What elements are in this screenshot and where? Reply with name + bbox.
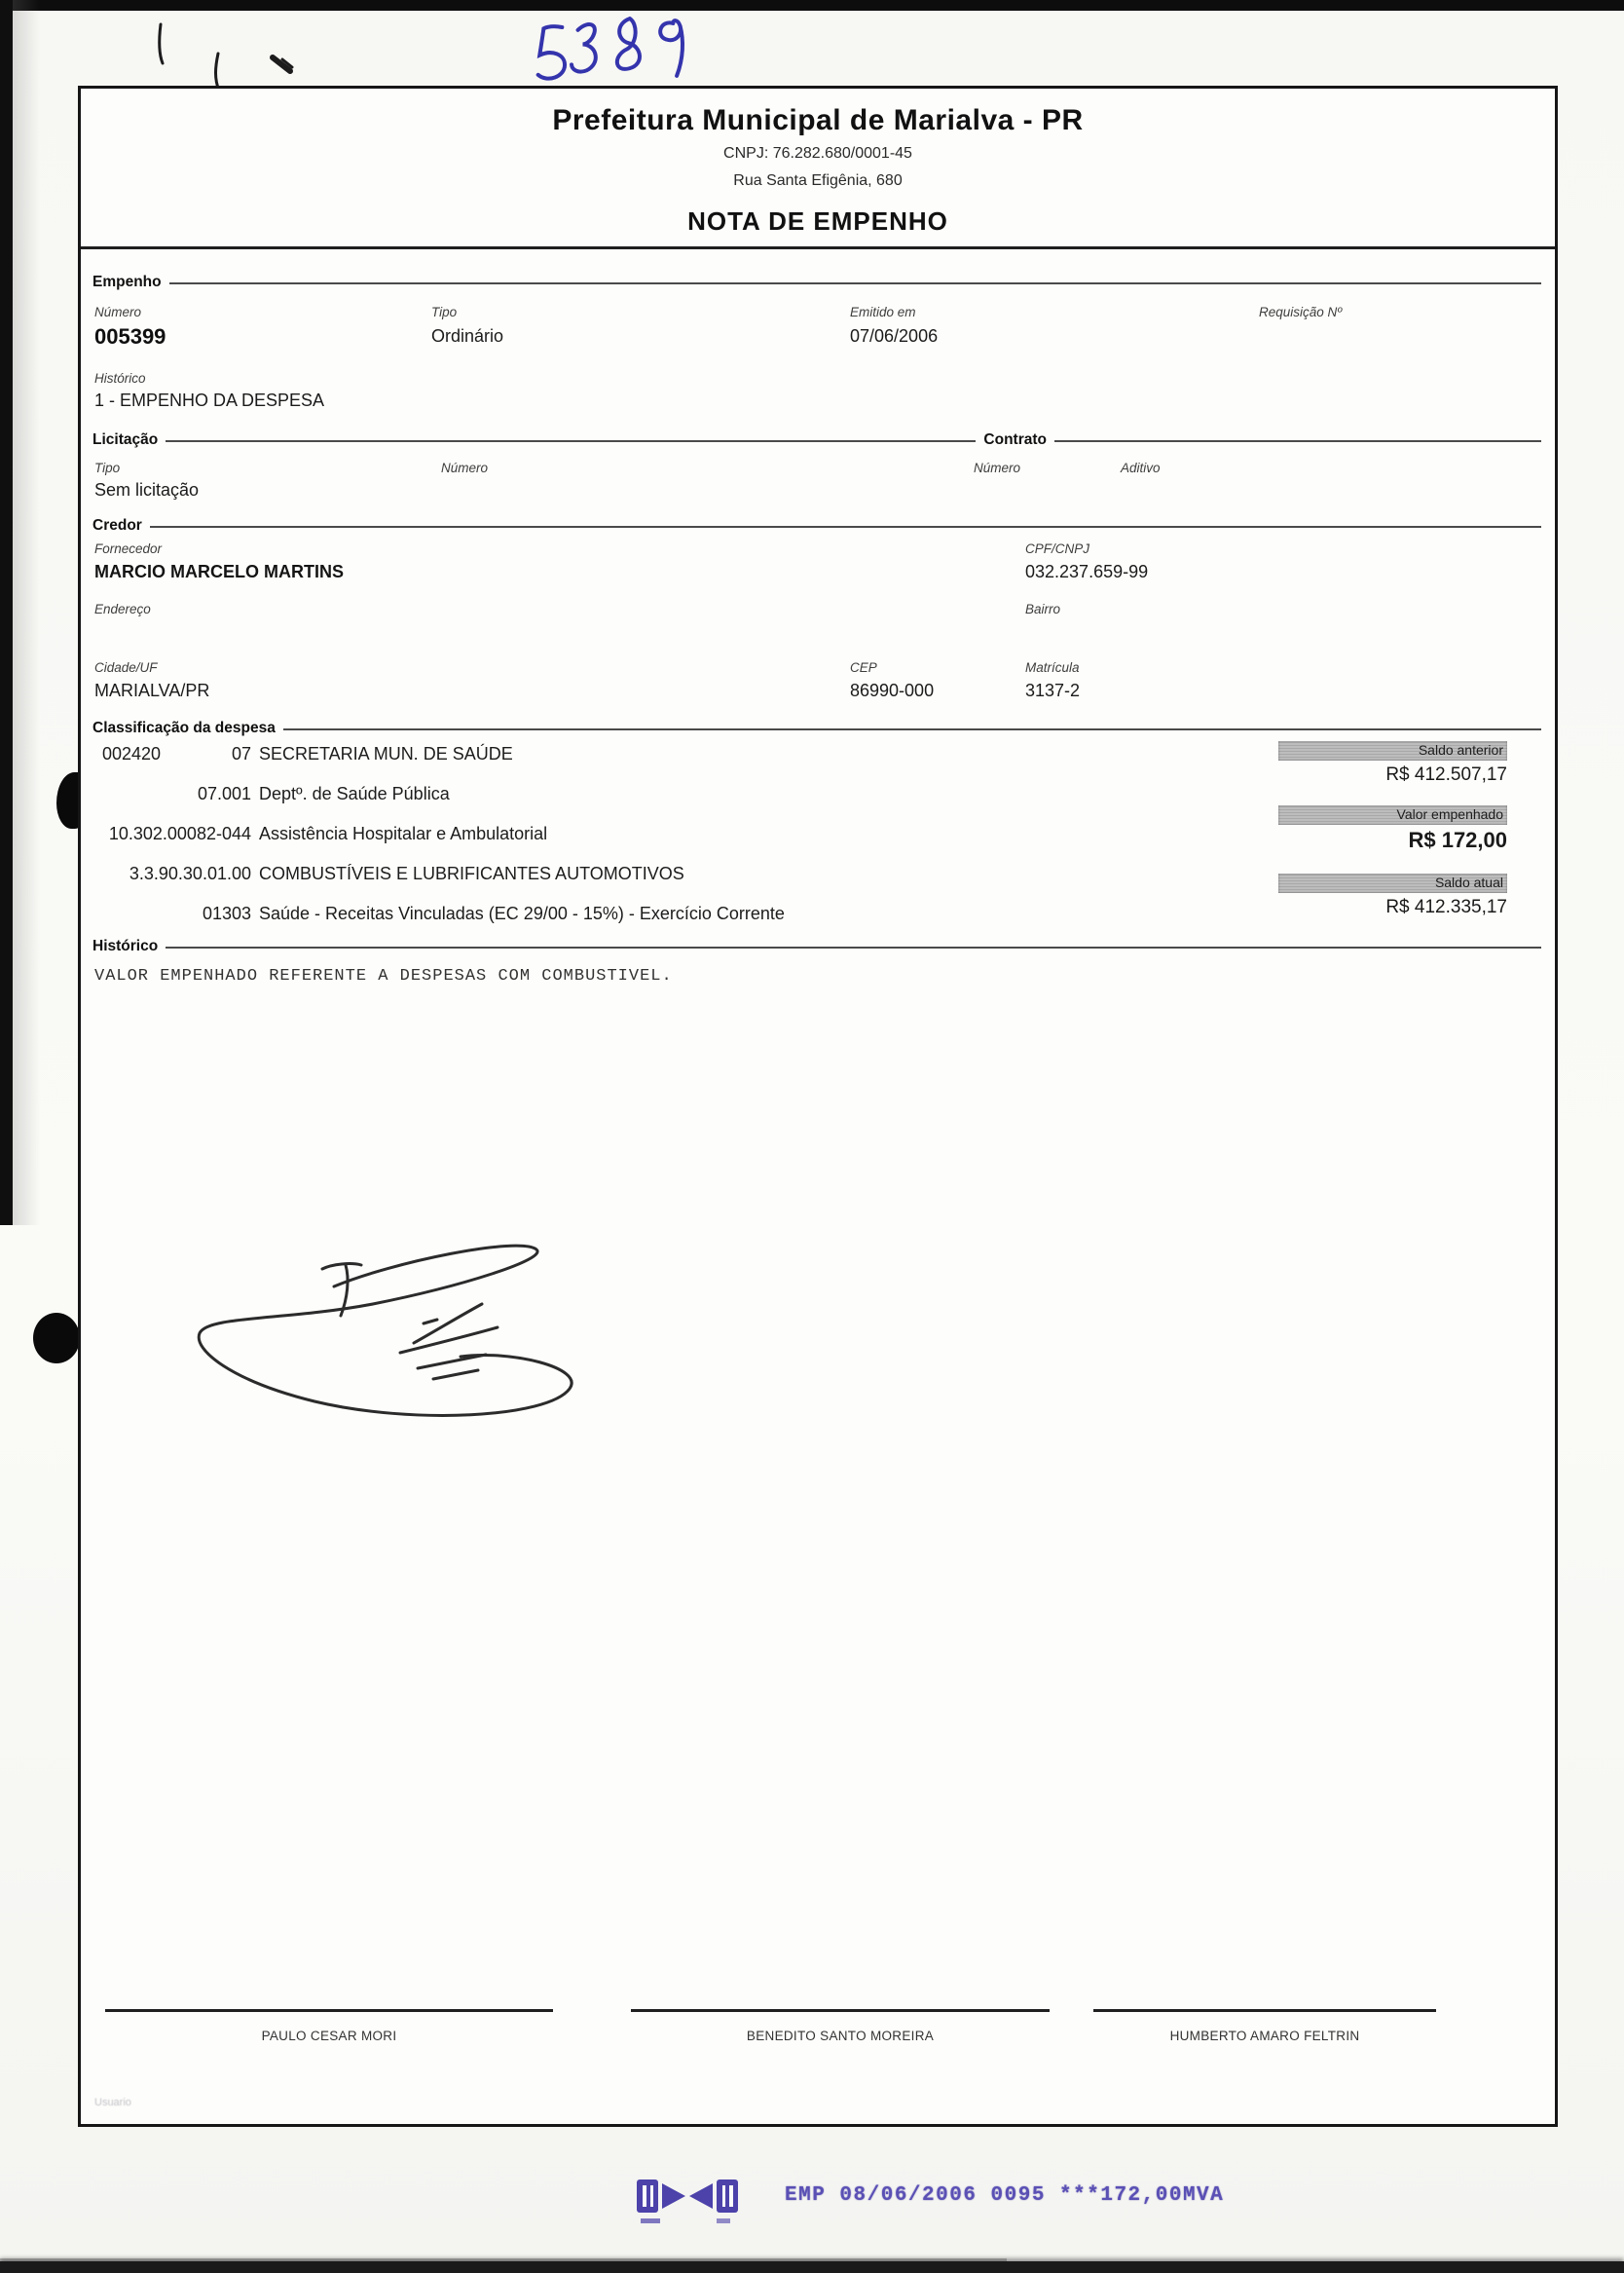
- org-address: Rua Santa Efigênia, 680: [81, 172, 1555, 190]
- licitacao-tipo-value: Sem licitação: [94, 480, 199, 501]
- scan-edge-left: [0, 0, 13, 1225]
- credor-matricula-value: 3137-2: [1025, 681, 1080, 701]
- classification-desc: COMBUSTÍVEIS E LUBRIFICANTES AUTOMOTIVOS: [259, 864, 684, 884]
- classification-desc: Deptº. de Saúde Pública: [259, 784, 450, 804]
- section-rule: [1054, 440, 1541, 442]
- saldo-atual-label: Saldo atual: [1435, 875, 1503, 890]
- section-empenho-header: Empenho: [92, 274, 1541, 291]
- empenho-emitido-value: 07/06/2006: [850, 326, 938, 347]
- classification-desc: Assistência Hospitalar e Ambulatorial: [259, 824, 547, 844]
- section-rule: [283, 728, 1541, 730]
- classification-row: 10.302.00082-044 Assistência Hospitalar …: [81, 824, 1249, 847]
- empenho-historico-label: Histórico: [94, 371, 146, 386]
- classification-row: 01303 Saúde - Receitas Vinculadas (EC 29…: [81, 904, 1249, 927]
- signature-line: [1093, 2009, 1436, 2012]
- classification-code: 3.3.90.30.01.00: [81, 864, 251, 884]
- credor-fornecedor-label: Fornecedor: [94, 541, 162, 556]
- section-contrato-label: Contrato: [983, 431, 1047, 449]
- empenho-emitido-label: Emitido em: [850, 305, 916, 319]
- section-licitacao-label: Licitação: [92, 431, 158, 449]
- scan-edge-bottom: [0, 2261, 1624, 2273]
- signature-name: PAULO CESAR MORI: [105, 2029, 553, 2043]
- org-name: Prefeitura Municipal de Marialva - PR: [81, 104, 1555, 137]
- scanned-document-page: Prefeitura Municipal de Marialva - PR CN…: [0, 0, 1624, 2273]
- credor-cpf-value: 032.237.659-99: [1025, 562, 1148, 582]
- licitacao-tipo-label: Tipo: [94, 461, 120, 475]
- section-rule: [150, 526, 1541, 528]
- classification-row: 3.3.90.30.01.00 COMBUSTÍVEIS E LUBRIFICA…: [81, 864, 1249, 887]
- scan-edge-left-shadow: [13, 0, 40, 1225]
- credor-cep-value: 86990-000: [850, 681, 934, 701]
- ink-blot: [33, 1313, 80, 1363]
- credor-cidade-value: MARIALVA/PR: [94, 681, 209, 701]
- section-rule: [166, 440, 976, 442]
- handwritten-signature: [139, 1179, 597, 1472]
- bank-stamp-logo: [635, 2178, 761, 2228]
- section-empenho-label: Empenho: [92, 274, 162, 291]
- credor-matricula-label: Matrícula: [1025, 660, 1080, 675]
- credor-cep-label: CEP: [850, 660, 877, 675]
- credor-fornecedor-value: MARCIO MARCELO MARTINS: [94, 562, 344, 582]
- credor-cidade-label: Cidade/UF: [94, 660, 158, 675]
- section-credor-label: Credor: [92, 517, 142, 535]
- empenho-tipo-label: Tipo: [431, 305, 457, 319]
- signature-name: BENEDITO SANTO MOREIRA: [631, 2029, 1050, 2043]
- credor-cpf-label: CPF/CNPJ: [1025, 541, 1089, 556]
- contrato-aditivo-label: Aditivo: [1121, 461, 1161, 475]
- saldo-anterior-label: Saldo anterior: [1419, 742, 1503, 758]
- org-cnpj: CNPJ: 76.282.680/0001-45: [81, 145, 1555, 163]
- handwritten-number: [528, 4, 708, 93]
- classification-code: 01303: [81, 904, 251, 924]
- credor-endereco-label: Endereço: [94, 602, 151, 616]
- historico-text: VALOR EMPENHADO REFERENTE A DESPESAS COM…: [94, 967, 673, 986]
- header-divider: [81, 246, 1555, 249]
- classification-row: 002420 07 SECRETARIA MUN. DE SAÚDE: [81, 744, 1249, 767]
- empenho-numero-value: 005399: [94, 324, 166, 350]
- valor-empenhado-value: R$ 172,00: [1278, 828, 1507, 853]
- signature-line: [631, 2009, 1050, 2012]
- empenho-tipo-value: Ordinário: [431, 326, 503, 347]
- empenho-numero-label: Número: [94, 305, 141, 319]
- empenho-requisicao-label: Requisição Nº: [1259, 305, 1342, 319]
- classification-code: 07: [81, 744, 251, 764]
- signature-line: [105, 2009, 553, 2012]
- saldo-anterior-bar: Saldo anterior: [1278, 741, 1507, 761]
- section-licitacao-contrato-header: Licitação Contrato: [92, 431, 1541, 449]
- section-rule: [169, 282, 1541, 284]
- empenho-historico-value: 1 - EMPENHO DA DESPESA: [94, 391, 324, 411]
- saldo-anterior-value: R$ 412.507,17: [1278, 764, 1507, 786]
- classification-desc: SECRETARIA MUN. DE SAÚDE: [259, 744, 513, 764]
- document-frame: Prefeitura Municipal de Marialva - PR CN…: [78, 86, 1558, 2127]
- valor-empenhado-label: Valor empenhado: [1397, 806, 1503, 822]
- classification-row: 07.001 Deptº. de Saúde Pública: [81, 784, 1249, 807]
- section-classificacao-label: Classificação da despesa: [92, 720, 276, 737]
- scan-edge-top: [0, 0, 1624, 11]
- section-historico-label: Histórico: [92, 938, 158, 955]
- section-classificacao-header: Classificação da despesa: [92, 720, 1541, 737]
- licitacao-numero-label: Número: [441, 461, 488, 475]
- doc-title: NOTA DE EMPENHO: [81, 206, 1555, 237]
- classification-desc: Saúde - Receitas Vinculadas (EC 29/00 - …: [259, 904, 785, 924]
- saldo-atual-bar: Saldo atual: [1278, 874, 1507, 893]
- section-historico-header: Histórico: [92, 938, 1541, 955]
- signature-name: HUMBERTO AMARO FELTRIN: [1093, 2029, 1436, 2043]
- classification-code: 07.001: [81, 784, 251, 804]
- section-credor-header: Credor: [92, 517, 1541, 535]
- section-rule: [166, 947, 1541, 949]
- contrato-numero-label: Número: [974, 461, 1020, 475]
- footer-user-label: Usuario: [94, 2097, 131, 2108]
- classification-code: 10.302.00082-044: [81, 824, 251, 844]
- credor-bairro-label: Bairro: [1025, 602, 1060, 616]
- valor-empenhado-bar: Valor empenhado: [1278, 805, 1507, 825]
- saldo-atual-value: R$ 412.335,17: [1278, 897, 1507, 918]
- stamp-text: EMP 08/06/2006 0095 ***172,00MVA: [785, 2184, 1224, 2207]
